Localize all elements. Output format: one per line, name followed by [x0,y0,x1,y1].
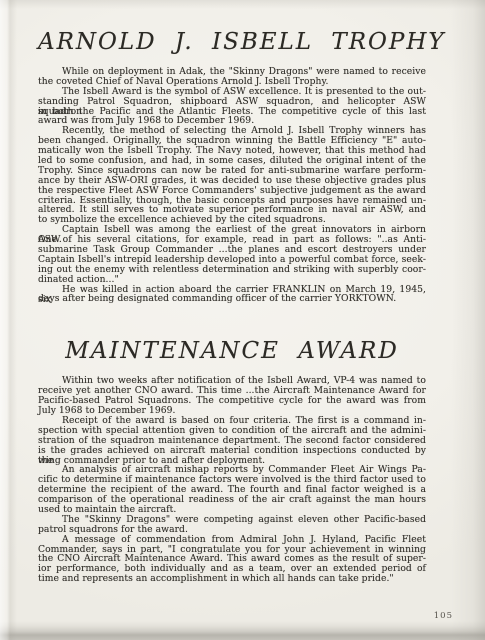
paragraph: An analysis of aircraft mishap reports b… [38,465,426,514]
text-line: time and represents an accomplishment in… [38,574,426,584]
paragraph: The Isbell Award is the symbol of ASW ex… [38,87,426,127]
page-number: 105 [434,611,453,621]
paragraph: While on deployment in Adak, the "Skinny… [38,67,426,87]
text-line: days after being designated commanding o… [38,294,426,304]
sections-container: ARNOLD J. ISBELL TROPHYWhile on deployme… [38,28,426,584]
section-title: ARNOLD J. ISBELL TROPHY [38,28,426,56]
section: ARNOLD J. ISBELL TROPHYWhile on deployme… [38,28,426,304]
scanned-document-page: ARNOLD J. ISBELL TROPHYWhile on deployme… [0,0,485,640]
paragraph: Within two weeks after notification of t… [38,376,426,416]
paragraph: Recently, the method of selecting the Ar… [38,126,426,225]
section-title: MAINTENANCE AWARD [38,337,426,365]
paragraph: Receipt of the award is based on four cr… [38,416,426,465]
paragraph: Captain Isbell was among the earliest of… [38,225,426,284]
paragraph: The "Skinny Dragons" were competing agai… [38,515,426,535]
paragraph: A message of commendation from Admiral J… [38,535,426,584]
section: MAINTENANCE AWARDWithin two weeks after … [38,337,426,584]
paragraph: He was killed in action aboard the carri… [38,285,426,305]
